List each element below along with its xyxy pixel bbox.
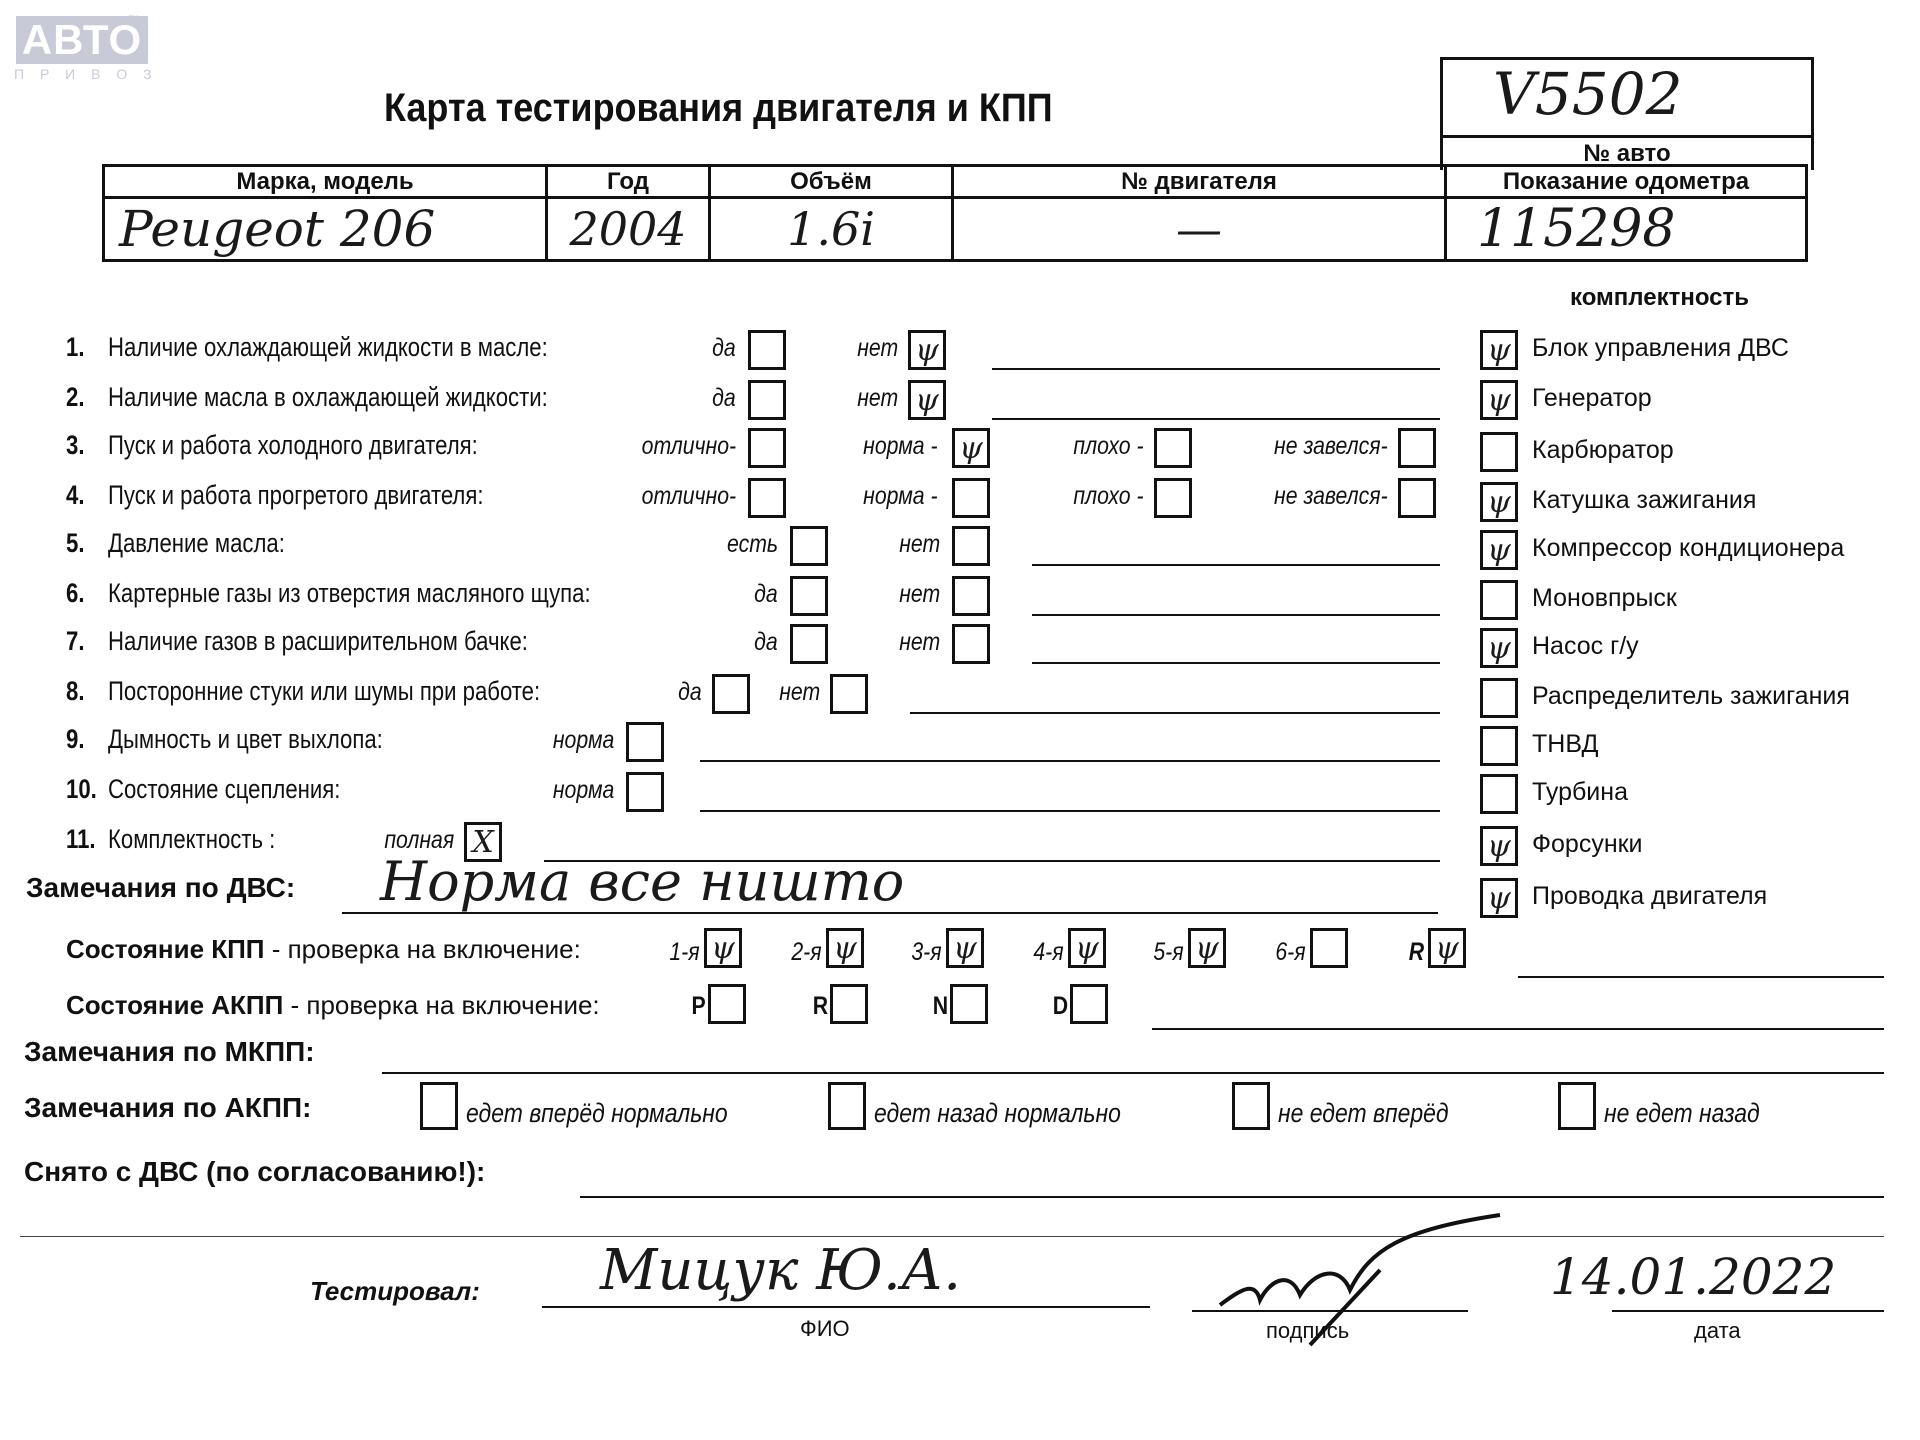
removed-label: Снято с ДВС (по согласованию!): [24, 1156, 485, 1188]
kit-item-label: Блок управления ДВС [1532, 334, 1789, 363]
akpp-remark-checkbox-0[interactable] [420, 1082, 458, 1130]
question-6-notes-field[interactable] [1032, 614, 1440, 616]
akpp-remark-checkbox-1[interactable] [828, 1082, 866, 1130]
question-7-option-0-checkbox[interactable] [790, 624, 828, 664]
date-caption: дата [1694, 1318, 1741, 1344]
option-label: нет [779, 678, 820, 707]
question-3-option-1-checkbox[interactable]: ψ [952, 428, 990, 468]
signature-caption: подпись [1266, 1318, 1349, 1344]
kit-checkbox-11[interactable]: ψ [1480, 878, 1518, 918]
question-2-option-1-checkbox[interactable]: ψ [908, 380, 946, 420]
question-number: 5. [66, 528, 84, 559]
option-label: отлично- [642, 432, 736, 461]
check-mark-icon: ψ [1483, 631, 1515, 665]
question-1-notes-field[interactable] [992, 368, 1440, 370]
question-5-option-1-checkbox[interactable] [952, 526, 990, 566]
gear-label: 5-я [1154, 938, 1184, 967]
question-text: Наличие охлаждающей жидкости в масле: [108, 332, 548, 363]
check-mark-icon: ψ [955, 431, 987, 465]
name-caption: ФИО [800, 1316, 850, 1342]
kit-item-label: Компрессор кондиционера [1532, 534, 1844, 563]
kit-checkbox-7[interactable] [1480, 678, 1518, 718]
question-1-option-1-checkbox[interactable]: ψ [908, 330, 946, 370]
tested-by-label: Тестировал: [310, 1276, 480, 1307]
signature-field[interactable] [1200, 1210, 1520, 1350]
kit-checkbox-0[interactable]: ψ [1480, 330, 1518, 370]
akpp-mode-label: N [933, 992, 948, 1021]
col-odometer: Показание одометра [1446, 166, 1807, 198]
option-label: да [678, 678, 702, 707]
option-label: да [754, 628, 778, 657]
question-text: Дымность и цвет выхлопа: [108, 724, 383, 755]
watermark-tm: ™ [128, 14, 139, 26]
gear-checkbox-1[interactable]: ψ [826, 928, 864, 968]
watermark-brand: АВТО [22, 16, 142, 63]
option-label: да [712, 384, 736, 413]
question-10-notes-field[interactable] [700, 810, 1440, 812]
vehicle-number-value: V5502 [1493, 60, 1683, 128]
question-8-option-1-checkbox[interactable] [830, 674, 868, 714]
akpp-remark-checkbox-3[interactable] [1558, 1082, 1596, 1130]
kit-item-label: Турбина [1532, 778, 1628, 807]
gear-checkbox-3[interactable]: ψ [1068, 928, 1106, 968]
check-mark-icon: ψ [1483, 829, 1515, 863]
question-10-option-0-checkbox[interactable] [626, 772, 664, 812]
kit-checkbox-8[interactable] [1480, 726, 1518, 766]
question-3-option-0-checkbox[interactable] [748, 428, 786, 468]
question-text: Пуск и работа холодного двигателя: [108, 430, 478, 461]
question-8-option-0-checkbox[interactable] [712, 674, 750, 714]
question-4-option-2-checkbox[interactable] [1154, 478, 1192, 518]
akpp-mode-label: D [1053, 992, 1068, 1021]
akpp-remark-checkbox-2[interactable] [1232, 1082, 1270, 1130]
kit-item-label: Форсунки [1532, 830, 1643, 859]
question-number: 1. [66, 332, 84, 363]
question-4-option-0-checkbox[interactable] [748, 478, 786, 518]
question-3-option-2-checkbox[interactable] [1154, 428, 1192, 468]
gear-checkbox-0[interactable]: ψ [704, 928, 742, 968]
option-label: нет [899, 580, 940, 609]
question-6-option-1-checkbox[interactable] [952, 576, 990, 616]
gear-label: 2-я [792, 938, 822, 967]
engine-remarks-field[interactable]: Норма все ништо [380, 850, 904, 913]
kit-checkbox-9[interactable] [1480, 774, 1518, 814]
question-7-notes-field[interactable] [1032, 662, 1440, 664]
kit-checkbox-3[interactable]: ψ [1480, 482, 1518, 522]
question-text: Посторонние стуки или шумы при работе: [108, 676, 540, 707]
gear-label: 6-я [1276, 938, 1306, 967]
check-mark-icon: ψ [1191, 931, 1223, 965]
check-mark-icon: ψ [829, 931, 861, 965]
akpp-mode-checkbox-0[interactable] [708, 984, 746, 1024]
gear-label: R [1409, 938, 1424, 967]
akpp-remark-label: едет назад нормально [874, 1098, 1121, 1129]
check-mark-icon: ψ [1431, 931, 1463, 965]
col-year: Год [547, 166, 710, 198]
question-number: 10. [66, 774, 97, 805]
option-label: норма - [864, 482, 938, 511]
col-volume: Объём [710, 166, 953, 198]
kit-checkbox-5[interactable] [1480, 580, 1518, 620]
tester-name-field[interactable]: Мицук Ю.А. [600, 1238, 961, 1303]
gear-checkbox-6[interactable]: ψ [1428, 928, 1466, 968]
question-number: 3. [66, 430, 84, 461]
check-mark-icon: ψ [1071, 931, 1103, 965]
option-label: норма - [864, 432, 938, 461]
removed-field[interactable] [580, 1196, 1884, 1198]
kit-item-label: Проводка двигателя [1532, 882, 1767, 911]
question-5-notes-field[interactable] [1032, 564, 1440, 566]
kit-item-label: Насос г/у [1532, 632, 1639, 661]
mkpp-label: Состояние КПП - проверка на включение: [66, 934, 581, 965]
option-label: не завелся- [1274, 432, 1388, 461]
akpp-mode-checkbox-3[interactable] [1070, 984, 1108, 1024]
option-label: нет [899, 628, 940, 657]
kit-checkbox-6[interactable]: ψ [1480, 628, 1518, 668]
kit-heading: комплектность [1570, 284, 1749, 312]
check-mark-icon: ψ [1483, 485, 1515, 519]
option-label: не завелся- [1274, 482, 1388, 511]
question-number: 11. [66, 824, 96, 855]
question-number: 7. [66, 626, 84, 657]
question-number: 2. [66, 382, 84, 413]
akpp-mode-checkbox-2[interactable] [950, 984, 988, 1024]
col-make-model: Марка, модель [104, 166, 547, 198]
option-label: норма [553, 726, 614, 755]
akpp-mode-label: P [692, 992, 706, 1021]
divider [20, 1236, 1884, 1237]
question-3-option-3-checkbox[interactable] [1398, 428, 1436, 468]
year-value[interactable]: 2004 [547, 198, 710, 261]
engine-number-value[interactable]: — [953, 198, 1446, 261]
question-8-notes-field[interactable] [910, 712, 1440, 714]
check-mark-icon: ψ [1483, 333, 1515, 367]
question-text: Давление масла: [108, 528, 285, 559]
question-text: Наличие масла в охлаждающей жидкости: [108, 382, 548, 413]
page-title: Карта тестирования двигателя и КПП [384, 86, 1053, 131]
question-9-notes-field[interactable] [700, 760, 1440, 762]
option-label: плохо - [1074, 432, 1144, 461]
check-mark-icon: ψ [1483, 533, 1515, 567]
akpp-remark-label: не едет вперёд [1278, 1098, 1449, 1129]
akpp-mode-checkbox-1[interactable] [830, 984, 868, 1024]
gear-checkbox-2[interactable]: ψ [946, 928, 984, 968]
question-2-notes-field[interactable] [992, 418, 1440, 420]
akpp-label: Состояние АКПП - проверка на включение: [66, 990, 600, 1021]
question-number: 4. [66, 480, 84, 511]
volume-value[interactable]: 1.6i [710, 198, 953, 261]
check-mark-icon: ψ [949, 931, 981, 965]
akpp-mode-label: R [813, 992, 828, 1021]
odometer-value[interactable]: 115298 [1446, 198, 1807, 261]
gear-label: 1-я [670, 938, 700, 967]
gear-checkbox-5[interactable] [1310, 928, 1348, 968]
option-label: нет [857, 334, 898, 363]
option-label: есть [727, 530, 778, 559]
kit-checkbox-2[interactable] [1480, 432, 1518, 472]
question-4-option-3-checkbox[interactable] [1398, 478, 1436, 518]
question-text: Пуск и работа прогретого двигателя: [108, 480, 483, 511]
kit-checkbox-1[interactable]: ψ [1480, 380, 1518, 420]
kit-item-label: Генератор [1532, 384, 1652, 413]
make-model-value[interactable]: Peugeot 206 [104, 198, 547, 261]
check-mark-icon: ψ [911, 333, 943, 367]
option-label: плохо - [1074, 482, 1144, 511]
question-4-option-1-checkbox[interactable] [952, 478, 990, 518]
gear-label: 3-я [912, 938, 942, 967]
gear-label: 4-я [1034, 938, 1064, 967]
question-number: 8. [66, 676, 84, 707]
akpp-remarks-label: Замечания по АКПП: [24, 1092, 311, 1124]
question-9-option-0-checkbox[interactable] [626, 722, 664, 762]
mkpp-remarks-field[interactable] [382, 1072, 1884, 1074]
check-mark-icon: ψ [707, 931, 739, 965]
check-mark-icon: ψ [1483, 383, 1515, 417]
question-number: 9. [66, 724, 84, 755]
akpp-label-bold: Состояние АКПП [66, 990, 283, 1020]
kit-item-label: Катушка зажигания [1532, 486, 1756, 515]
question-text: Комплектность : [108, 824, 275, 855]
vehicle-number-field[interactable]: V5502 [1440, 57, 1814, 138]
col-engine-number: № двигателя [953, 166, 1446, 198]
question-7-option-1-checkbox[interactable] [952, 624, 990, 664]
option-label: норма [553, 776, 614, 805]
vehicle-info-table: Марка, модель Год Объём № двигателя Пока… [102, 164, 1808, 262]
question-5-option-0-checkbox[interactable] [790, 526, 828, 566]
kit-checkbox-4[interactable]: ψ [1480, 530, 1518, 570]
kit-item-label: Распределитель зажигания [1532, 682, 1850, 711]
kit-item-label: ТНВД [1532, 730, 1598, 759]
option-label: нет [899, 530, 940, 559]
option-label: нет [857, 384, 898, 413]
question-2-option-0-checkbox[interactable] [748, 380, 786, 420]
question-text: Картерные газы из отверстия масляного щу… [108, 578, 591, 609]
kit-checkbox-10[interactable]: ψ [1480, 826, 1518, 866]
option-label: отлично- [642, 482, 736, 511]
date-field[interactable]: 14.01.2022 [1550, 1248, 1836, 1306]
watermark-sub: П Р И В О З [14, 66, 158, 82]
question-number: 6. [66, 578, 84, 609]
question-text: Наличие газов в расширительном бачке: [108, 626, 528, 657]
option-label: да [712, 334, 736, 363]
mkpp-label-bold: Состояние КПП [66, 934, 265, 964]
engine-remarks-label: Замечания по ДВС: [26, 872, 295, 904]
akpp-remark-label: не едет назад [1604, 1098, 1760, 1129]
gear-checkbox-4[interactable]: ψ [1188, 928, 1226, 968]
kit-item-label: Карбюратор [1532, 436, 1674, 465]
mkpp-label-rest: - проверка на включение: [265, 934, 581, 964]
kit-item-label: Моновпрыск [1532, 584, 1677, 613]
question-text: Состояние сцепления: [108, 774, 340, 805]
check-mark-icon: ψ [911, 383, 943, 417]
mkpp-remarks-label: Замечания по МКПП: [24, 1036, 315, 1068]
option-label: да [754, 580, 778, 609]
question-1-option-0-checkbox[interactable] [748, 330, 786, 370]
check-mark-icon: ψ [1483, 881, 1515, 915]
question-6-option-0-checkbox[interactable] [790, 576, 828, 616]
akpp-label-rest: - проверка на включение: [283, 990, 599, 1020]
akpp-remark-label: едет вперёд нормально [466, 1098, 728, 1129]
